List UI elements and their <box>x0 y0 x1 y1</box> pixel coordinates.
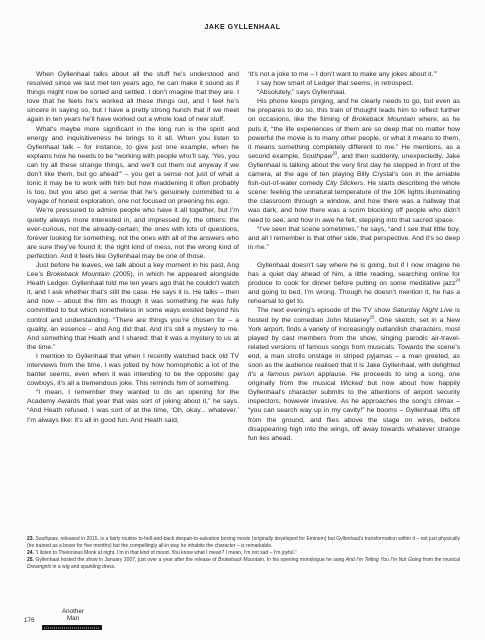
italic-text: Brokeback Mountain <box>46 271 109 278</box>
text-segment: ‘It’s not a joke to me – I don’t want to… <box>248 71 437 78</box>
text-segment: “Absolutely,” says Gyllenhaal. <box>257 89 346 96</box>
text-segment: I say how smart of Ledger that seems, in… <box>257 80 413 87</box>
text-segment: from the musical <box>421 557 460 563</box>
paragraph: “I’ve seen that scene sometimes,” he say… <box>248 225 460 252</box>
text-segment: in a wig and sparkling dress. <box>51 564 115 570</box>
text-segment: “I listen to Thelonious Monk at night. I… <box>35 550 296 556</box>
text-segment: What’s maybe more significant in the lon… <box>27 126 239 206</box>
text-segment: We’re pressured to admire people who hav… <box>27 207 239 259</box>
text-segment: Gyllenhaal hosted the show in January 20… <box>36 557 219 563</box>
italic-text: City Slickers <box>325 180 363 187</box>
paragraph: “I mean, I remember they wanted to do an… <box>27 388 239 424</box>
paragraph: Just before he leaves, we talk about a k… <box>27 261 239 352</box>
text-segment: I mention to Gyllenhaal that when I rece… <box>27 353 239 387</box>
magazine-logo-bar <box>42 625 102 630</box>
text-segment: When Gyllenhaal talks about all the stuf… <box>27 71 239 123</box>
footnote-number: 25. <box>27 557 36 563</box>
magazine-name-line1: Another <box>42 608 104 615</box>
paragraph: What’s maybe more significant in the lon… <box>27 125 239 207</box>
footnote: 25. Gyllenhaal hosted the show in Januar… <box>27 557 460 571</box>
text-segment: . In his opening monologue he sang <box>264 557 346 563</box>
text-segment: but now about how happily Gyllenhaal’s c… <box>248 380 460 442</box>
italic-text: Brokeback Mountain <box>218 557 264 563</box>
italic-text: Dreamgirls <box>27 564 51 570</box>
italic-text: Wicked <box>340 380 362 387</box>
italic-text: And I’m Telling You I’m Not Going <box>346 557 422 563</box>
text-segment: Gyllenhaal doesn’t say where he is going… <box>248 262 460 287</box>
left-column: When Gyllenhaal talks about all the stuf… <box>27 70 239 443</box>
magazine-name: Another Man <box>42 608 104 623</box>
page-footer: 176 Another Man <box>24 606 134 636</box>
magazine-name-line2: Man <box>42 615 104 622</box>
footnote: 23. Southpaw, released in 2015, is a fai… <box>27 536 460 550</box>
footnote-reference: 24 <box>455 278 460 283</box>
paragraph: His phone keeps pinging, and he clearly … <box>248 97 460 224</box>
text-segment: , released in 2015, is a fairly routine … <box>27 536 460 549</box>
text-segment: (2005), in which he appeared alongside H… <box>27 271 239 351</box>
text-segment: and going to bed, I’m wrong. Though he d… <box>248 289 460 305</box>
italic-text: Saturday Night Live <box>392 307 452 314</box>
paragraph: I say how smart of Ledger that seems, in… <box>248 79 460 88</box>
right-column: ‘It’s not a joke to me – I don’t want to… <box>248 70 460 443</box>
text-segment: “I mean, I remember they wanted to do an… <box>27 389 239 423</box>
magazine-page: JAKE GYLLENHAAL When Gyllenhaal talks ab… <box>0 0 485 640</box>
italic-text: Brokeback Mountain <box>352 116 415 123</box>
paragraph: Gyllenhaal doesn’t say where he is going… <box>248 261 460 306</box>
paragraph: ‘It’s not a joke to me – I don’t want to… <box>248 70 460 79</box>
paragraph: “Absolutely,” says Gyllenhaal. <box>248 88 460 97</box>
text-segment: . One sketch, set in a New York airport,… <box>248 317 460 369</box>
italic-text: Southpaw <box>302 153 332 160</box>
paragraph: We’re pressured to admire people who hav… <box>27 206 239 261</box>
page-number: 176 <box>24 617 35 624</box>
text-segment: “I’ve seen that scene sometimes,” he say… <box>248 226 460 251</box>
italic-text: Southpaw <box>35 536 57 542</box>
italic-text: it’s a famous person <box>248 371 314 378</box>
paragraph: The next evening’s episode of the TV sho… <box>248 306 460 442</box>
paragraph: When Gyllenhaal talks about all the stuf… <box>27 70 239 125</box>
footnotes: 23. Southpaw, released in 2015, is a fai… <box>27 536 460 571</box>
paragraph: I mention to Gyllenhaal that when I rece… <box>27 352 239 388</box>
page-title: JAKE GYLLENHAAL <box>0 0 485 31</box>
footnote: 24. “I listen to Thelonious Monk at nigh… <box>27 550 460 557</box>
article-body: When Gyllenhaal talks about all the stuf… <box>27 70 460 443</box>
